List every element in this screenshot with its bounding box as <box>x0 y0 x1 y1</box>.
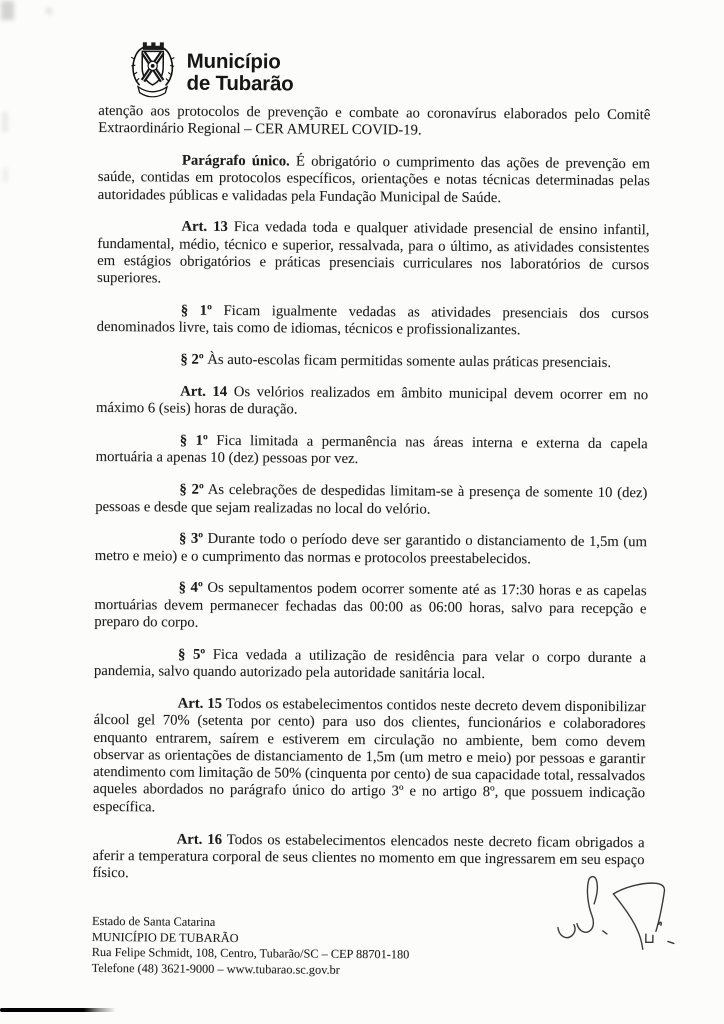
decree-paragraph: atenção aos protocolos de prevenção e co… <box>98 103 650 142</box>
decree-paragraph: Art. 13 Fica vedada toda e qualquer ativ… <box>97 218 650 292</box>
paragraph-lead: § 1º <box>180 433 208 449</box>
paragraph-lead: Parágrafo único. <box>182 153 290 170</box>
letterhead-footer: Estado de Santa CatarinaMUNICÍPIO DE TUB… <box>92 914 410 979</box>
scan-smudge <box>46 8 52 14</box>
decree-paragraph: § 3º Durante todo o período deve ser gar… <box>95 530 647 569</box>
scan-smudge <box>3 168 8 182</box>
paragraph-text: Os velórios realizados em âmbito municip… <box>96 384 648 418</box>
paragraph-text: Todos os estabelecimentos contidos neste… <box>93 696 646 815</box>
decree-paragraph: § 2º As celebrações de despedidas limita… <box>95 481 647 520</box>
paragraph-text: As celebrações de despedidas limitam-se … <box>95 482 647 517</box>
paragraph-lead: Art. 13 <box>181 219 227 235</box>
decree-paragraph: Art. 14 Os velórios realizados em âmbito… <box>96 383 648 422</box>
paragraph-lead: § 4º <box>179 580 203 596</box>
municipality-name-line2: de Tubarão <box>186 73 293 96</box>
footer-line: Telefone (48) 3621-9000 – www.tubarao.sc… <box>92 961 410 979</box>
decree-paragraph: § 2º Às auto-escolas ficam permitidas so… <box>96 351 648 373</box>
paragraph-text: Ficam igualmente vedadas as atividades p… <box>97 303 649 339</box>
paragraph-text: É obrigatório o cumprimento das ações de… <box>98 154 650 206</box>
document-page: Município de Tubarão atenção aos protoco… <box>0 0 724 1024</box>
decree-paragraph: § 1º Fica limitada a permanência nas áre… <box>96 432 648 471</box>
paragraph-lead: § 1º <box>181 303 212 319</box>
municipality-letterhead: Município de Tubarão <box>129 39 293 98</box>
handwritten-initials-icon <box>515 831 721 1024</box>
scanned-content: Município de Tubarão atenção aos protoco… <box>0 0 724 1024</box>
paragraph-lead: § 3º <box>179 531 203 547</box>
paragraph-text: Fica vedada toda e qualquer atividade pr… <box>97 219 650 286</box>
paragraph-text: Fica vedada a utilização de residência p… <box>94 647 646 682</box>
scan-artifact-line <box>0 1008 116 1012</box>
decree-paragraph: § 5º Fica vedada a utilização de residên… <box>94 646 646 685</box>
decree-body: atenção aos protocolos de prevenção e co… <box>92 103 650 901</box>
paragraph-text: Fica limitada a permanência nas áreas in… <box>96 433 648 467</box>
decree-paragraph: Art. 15 Todos os estabelecimentos contid… <box>93 695 646 820</box>
paragraph-lead: Art. 16 <box>177 831 222 847</box>
decree-paragraph: Parágrafo único. É obrigatório o cumprim… <box>98 152 650 208</box>
paragraph-text: atenção aos protocolos de prevenção e co… <box>98 103 650 139</box>
paragraph-lead: § 5º <box>178 646 205 662</box>
scan-smudge <box>2 112 8 132</box>
paragraph-lead: § 2º <box>180 352 203 368</box>
scan-smudge <box>1 1 14 20</box>
paragraph-text: Os sepultamentos podem ocorrer somente a… <box>94 580 646 631</box>
municipality-name: Município de Tubarão <box>186 51 293 96</box>
paragraph-lead: Art. 15 <box>178 695 222 711</box>
paragraph-text: Às auto-escolas ficam permitidas somente… <box>204 352 612 371</box>
municipality-name-line1: Município <box>187 51 294 74</box>
paragraph-text: Durante todo o período deve ser garantid… <box>95 531 647 567</box>
paragraph-lead: § 2º <box>179 482 203 498</box>
decree-paragraph: § 1º Ficam igualmente vedadas as ativida… <box>97 302 649 341</box>
paragraph-lead: Art. 14 <box>180 384 227 400</box>
decree-paragraph: § 4º Os sepultamentos podem ocorrer some… <box>94 579 646 635</box>
coat-of-arms-icon <box>129 39 175 97</box>
